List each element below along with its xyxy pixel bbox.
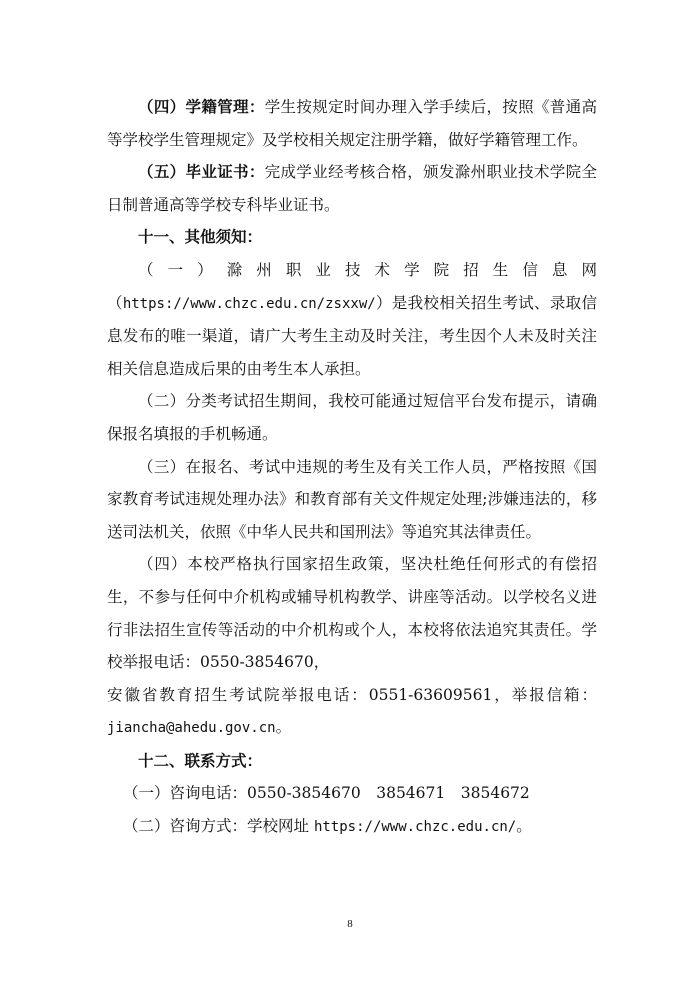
link-admissions-website[interactable]: https://www.chzc.edu.cn/zsxxw/: [123, 296, 376, 312]
heading-other-notes: 十一、其他须知：: [107, 221, 597, 254]
link-school-website[interactable]: https://www.chzc.edu.cn/: [314, 819, 516, 835]
contact-website: （二）咨询方式：学校网址 https://www.chzc.edu.cn/。: [107, 810, 597, 844]
text-contact-website-label: （二）咨询方式：学校网址: [123, 817, 314, 835]
label-student-status: （四）学籍管理: [138, 97, 249, 116]
text-period: 。: [276, 718, 292, 736]
text-period: 。: [516, 817, 532, 835]
label-colon: ：: [249, 162, 265, 181]
paragraph-violations: （三）在报名、考试中违规的考生及有关工作人员，严格按照《国家教育考试违规处理办法…: [107, 451, 597, 549]
label-graduation-certificate: （五）毕业证书: [138, 162, 249, 181]
page-number: 8: [0, 918, 700, 930]
paragraph-info-website: （一）滁州职业技术学院招生信息网（https://www.chzc.edu.cn…: [107, 254, 597, 385]
text-policy-statement: （四）本校严格执行国家招生政策，坚决杜绝任何形式的有偿招生，不参与任何中介机构或…: [107, 555, 597, 671]
paragraph-student-status: （四）学籍管理：学生按规定时间办理入学手续后，按照《普通高等学校学生管理规定》及…: [107, 91, 597, 156]
paragraph-sms-notice: （二）分类考试招生期间，我校可能通过短信平台发布提示，请确保报名填报的手机畅通。: [107, 385, 597, 450]
paragraph-graduation-certificate: （五）毕业证书：完成学业经考核合格，颁发滁州职业技术学院全日制普通高等学校专科毕…: [107, 156, 597, 221]
paragraph-anti-paid-admission: （四）本校严格执行国家招生政策，坚决杜绝任何形式的有偿招生，不参与任何中介机构或…: [107, 548, 597, 678]
line-report-email: jiancha@ahedu.gov.cn。: [107, 711, 597, 745]
contact-phone: （一）咨询电话：0550-3854670 3854671 3854672: [107, 777, 597, 810]
line-report-hotline: 安徽省教育招生考试院举报电话：0551-63609561，举报信箱：: [107, 679, 597, 712]
heading-contact: 十二、联系方式：: [107, 745, 597, 778]
document-page: （四）学籍管理：学生按规定时间办理入学手续后，按照《普通高等学校学生管理规定》及…: [0, 0, 700, 989]
document-body: （四）学籍管理：学生按规定时间办理入学手续后，按照《普通高等学校学生管理规定》及…: [107, 91, 597, 844]
label-colon: ：: [249, 97, 265, 116]
link-report-email[interactable]: jiancha@ahedu.gov.cn: [107, 720, 276, 736]
